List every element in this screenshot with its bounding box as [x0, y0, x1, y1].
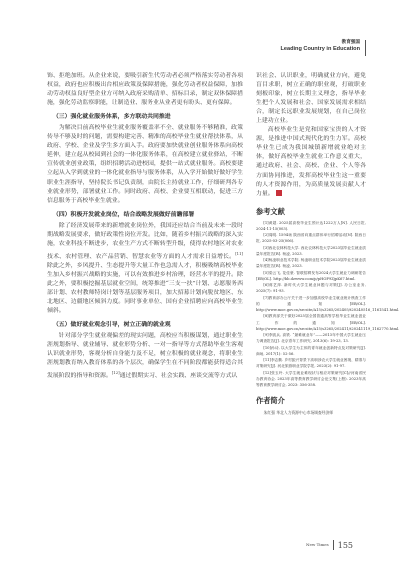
citation-marker: [11]	[235, 251, 243, 256]
reference-item: [5]梁云飞, 花佳豪. 智联招聘发布2024大学生就业力调研报告[EB/OL]…	[256, 270, 366, 283]
paragraph: 针对部分学生就业观偏差的现实问题，高校应当积极谋划，通过职业生涯规划指导、就业辅…	[47, 332, 243, 381]
reference-item: [7]教育部办公厅关于进一步加强高校毕业生就业统计核查工作的通知[EB/OL].…	[256, 295, 366, 314]
subheading-4: （四）积极开发就业岗位，结合战略发展做好前瞻部署	[47, 210, 243, 219]
references-list: [1]黄超. 2025届高校毕业生预计达1222万人[N]. 人民日报, 202…	[256, 220, 366, 389]
citation-marker: [12]	[112, 370, 120, 375]
paragraph-text: 高校毕业生是党和国家宝贵的人才资源，是推进中国式现代化的生力军。高校毕业生已成为…	[256, 127, 366, 196]
section-title-en: Leading Country in Education	[280, 46, 360, 53]
reference-item: [9]李凯兵, 高铁. “最难就业年”——2013年中国大学生就业压力调查报告[…	[256, 332, 366, 345]
paragraph: 除了经济发展带来的新增就业岗位外，我国还应结合当前及未来一段时期战略发展要求，做…	[47, 222, 243, 316]
subheading-3: （三）强化就业服务体系，多方联动共同推进	[47, 112, 243, 121]
author-bio: 朱红强 华北人力资源中心市场调查经济师	[256, 410, 366, 416]
paragraph: 为解决目前高校毕业生就业服务覆盖率不全、就业服务不够精准，政策传导不够及时的问题…	[47, 124, 243, 205]
reference-item: [10]孙诗, 以大学生为主体的青年就业创新特点及对策研究[J]. 商场, 20…	[256, 345, 366, 358]
reference-item: [12]张玉玲. 大学生就业难现状与相应对策研究[C]//河南省民办教育协会. …	[256, 370, 366, 389]
reference-item: [8]教育部关于做好2025届全国普通高等学校毕业生就业创业工作的通知[EB/O…	[256, 313, 366, 332]
paragraph-text: 通过假期实习、社会实践、座谈交流等方式认	[120, 373, 238, 379]
page-footer: New Times 155	[306, 540, 353, 550]
reference-item: [3]西北农林科技大学. 西北农林科技大学2023届毕业生就业质量年度报告[R]…	[256, 245, 366, 258]
paragraph-text: 除此之外，乡风提升、生态提升等大量工作也急需人才，积极吸纳高校毕业生加入乡村振兴…	[47, 263, 243, 314]
references-title: 参考文献	[256, 207, 366, 216]
page-number: 155	[334, 541, 353, 550]
reference-item: [11]李志勤. 乡村振兴背景下高职涉农大学生就业困境、精准与对策研究[J]. …	[256, 357, 366, 370]
reference-item: [4]杨凌职业技术学院. 杨凌职业技术学院2023届毕业生就业质量年度报告[R]…	[256, 257, 366, 270]
magazine-name: New Times	[306, 540, 334, 550]
end-mark-icon	[276, 190, 282, 196]
subheading-5: （五）做好就业观念引导，树立正确的就业观	[47, 320, 243, 329]
reference-item: [2]周明. 1594场 陕西省向重点群体举行招聘活动[N]. 陕西日报, 20…	[256, 232, 366, 245]
paragraph: 高校毕业生是党和国家宝贵的人才资源，是推进中国式现代化的生力军。高校毕业生已成为…	[256, 126, 366, 198]
reference-item: [6]蒋艺萍. 新时代大学生就业问题与对策[J]. 办公室业务, 2025(7)…	[256, 282, 366, 295]
paragraph: 识社会、认识职业，明确就业方向，避免盲目求职，树立正确的职业观，打破职业刻板印象…	[256, 72, 366, 126]
reference-item: [1]黄超. 2025届高校毕业生预计达1222万人[N]. 人民日报, 202…	[256, 220, 366, 233]
author-bio-title: 作者简介	[256, 396, 366, 405]
left-column: 饰、拒绝加班。从企业来说，要吸引新生代劳动者必须严格落实劳动者各项权益，政府也应…	[47, 72, 243, 381]
journal-header: 教育强国 Leading Country in Education	[280, 40, 366, 56]
right-column: 识社会、认识职业，明确就业方向，避免盲目求职，树立正确的职业观，打破职业刻板印象…	[256, 72, 366, 416]
paragraph-text: 除了经济发展带来的新增就业岗位外，我国还应结合当前及未来一段时期战略发展要求，做…	[47, 223, 243, 260]
paragraph: 饰、拒绝加班。从企业来说，要吸引新生代劳动者必须严格落实劳动者各项权益，政府也应…	[47, 72, 243, 108]
